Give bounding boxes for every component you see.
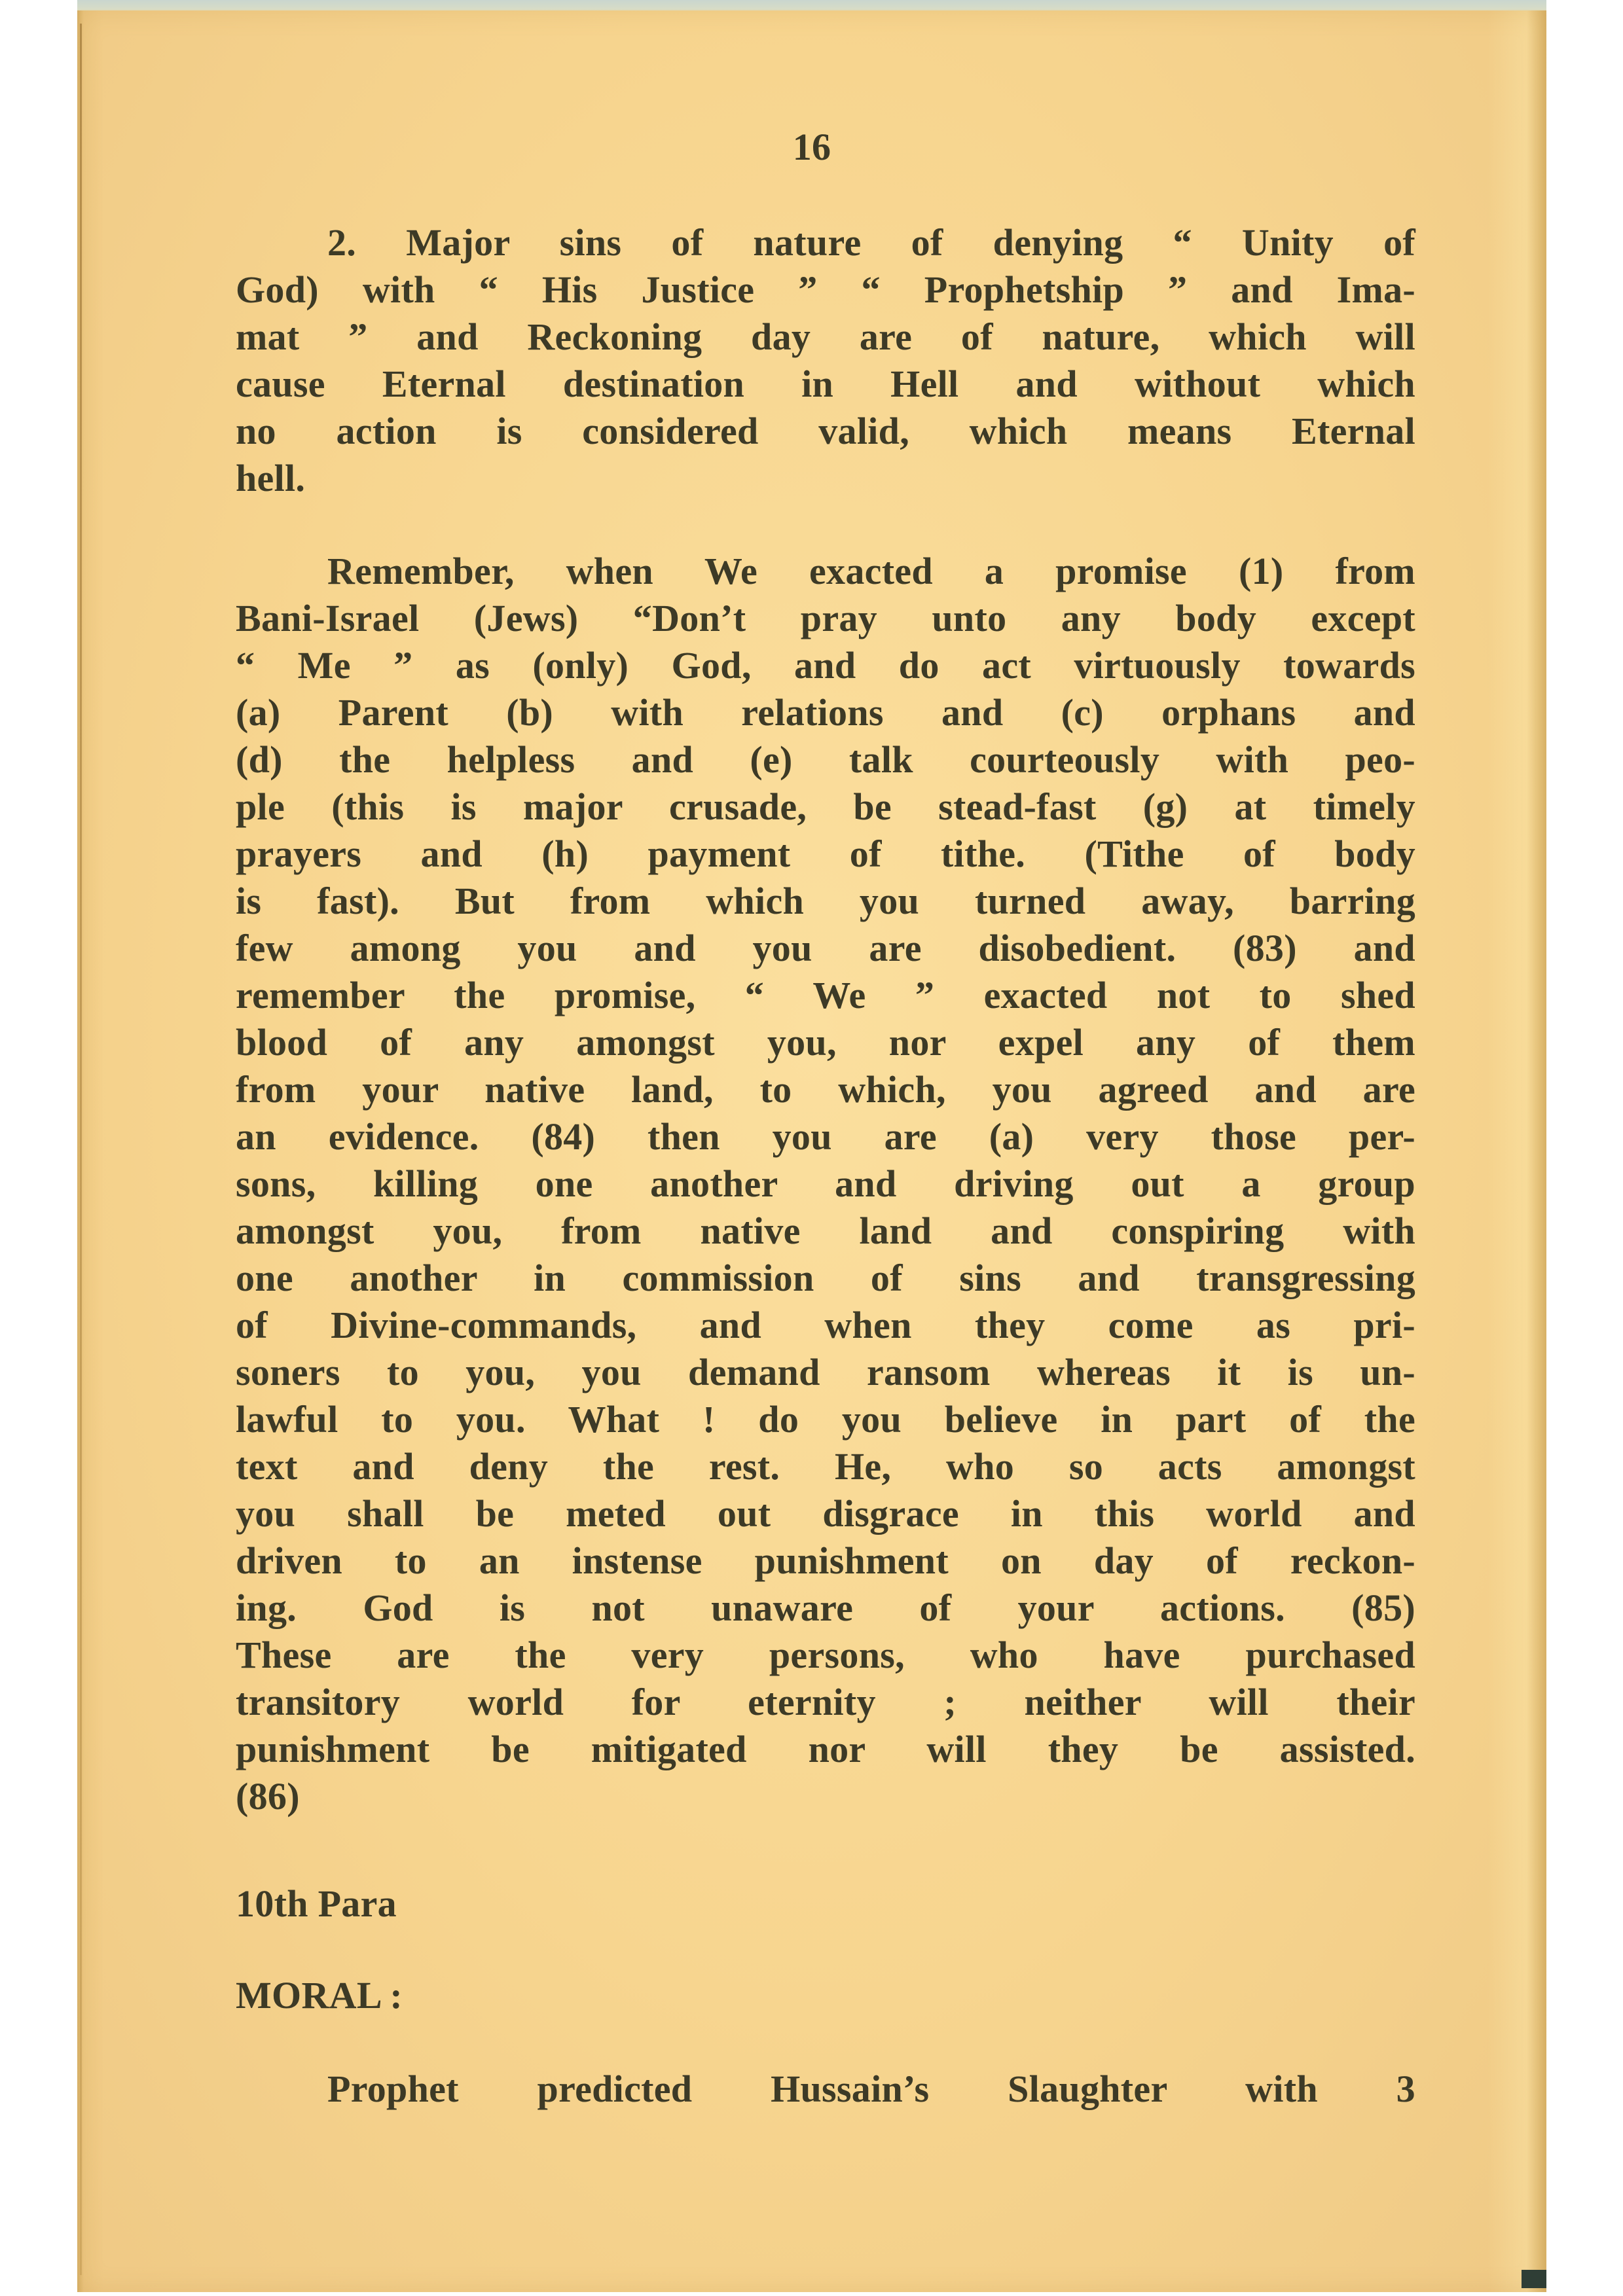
text-line: mat ” and Reckoning day are of nature, w… bbox=[236, 314, 1415, 361]
text-line: (86) bbox=[236, 1773, 1415, 1820]
text-line: of Divine-commands, and when they come a… bbox=[236, 1302, 1415, 1349]
text-line: Remember, when We exacted a promise (1) … bbox=[327, 548, 1415, 595]
text-line: blood of any amongst you, nor expel any … bbox=[236, 1019, 1415, 1066]
text-line: sons, killing one another and driving ou… bbox=[236, 1160, 1415, 1208]
moral-text-line: Prophet predicted Hussain’s Slaughter wi… bbox=[327, 2066, 1415, 2113]
page-number: 16 bbox=[77, 125, 1546, 169]
moral-heading: MORAL : bbox=[236, 1972, 403, 2019]
text-line: ing. God is not unaware of your actions.… bbox=[236, 1585, 1415, 1632]
text-line: 2. Major sins of nature of denying “ Uni… bbox=[327, 219, 1415, 266]
text-line: Bani-Israel (Jews) “Don’t pray unto any … bbox=[236, 595, 1415, 642]
text-line: ple (this is major crusade, be stead-fas… bbox=[236, 783, 1415, 831]
book-page: 16 2. Major sins of nature of denying “ … bbox=[77, 10, 1546, 2292]
text-line: text and deny the rest. He, who so acts … bbox=[236, 1443, 1415, 1490]
text-line: God) with “ His Justice ” “ Prophetship … bbox=[236, 266, 1415, 314]
text-line: is fast). But from which you turned away… bbox=[236, 878, 1415, 925]
text-line: amongst you, from native land and conspi… bbox=[236, 1208, 1415, 1255]
text-line: These are the very persons, who have pur… bbox=[236, 1632, 1415, 1679]
text-line: you shall be meted out disgrace in this … bbox=[236, 1490, 1415, 1537]
page-binding-edge bbox=[80, 24, 82, 2275]
text-line: from your native land, to which, you agr… bbox=[236, 1066, 1415, 1113]
text-line: prayers and (h) payment of tithe. (Tithe… bbox=[236, 831, 1415, 878]
scan-corner-mark bbox=[1522, 2270, 1546, 2288]
text-line: few among you and you are disobedient. (… bbox=[236, 925, 1415, 972]
text-line: driven to an instense punishment on day … bbox=[236, 1537, 1415, 1585]
text-line: an evidence. (84) then you are (a) very … bbox=[236, 1113, 1415, 1160]
text-line: transitory world for eternity ; neither … bbox=[236, 1679, 1415, 1726]
text-line: no action is considered valid, which mea… bbox=[236, 408, 1415, 455]
text-line: “ Me ” as (only) God, and do act virtuou… bbox=[236, 642, 1415, 689]
text-line: soners to you, you demand ransom whereas… bbox=[236, 1349, 1415, 1396]
text-line: punishment be mitigated nor will they be… bbox=[236, 1726, 1415, 1773]
para-heading: 10th Para bbox=[236, 1880, 397, 1928]
text-line: (a) Parent (b) with relations and (c) or… bbox=[236, 689, 1415, 736]
text-line: remember the promise, “ We ” exacted not… bbox=[236, 972, 1415, 1019]
text-line: (d) the helpless and (e) talk courteousl… bbox=[236, 736, 1415, 783]
text-line: cause Eternal destination in Hell and wi… bbox=[236, 361, 1415, 408]
text-line: one another in commission of sins and tr… bbox=[236, 1255, 1415, 1302]
text-line: hell. bbox=[236, 455, 1415, 502]
text-line: lawful to you. What ! do you believe in … bbox=[236, 1396, 1415, 1443]
